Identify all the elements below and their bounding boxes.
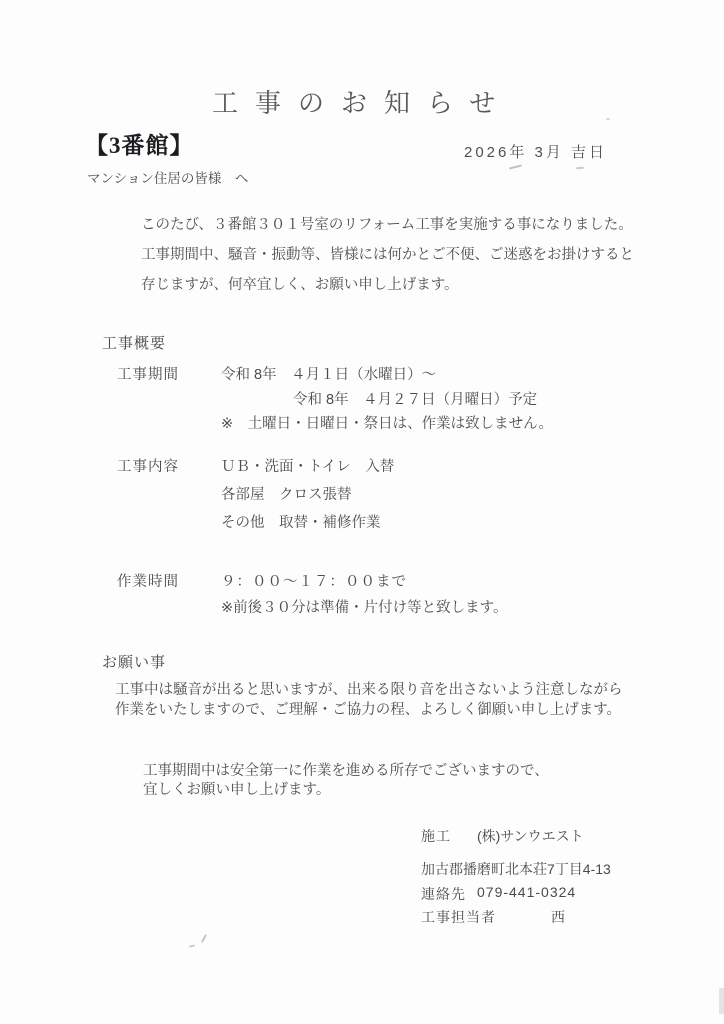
scan-speck <box>606 118 610 120</box>
greeting-paragraph: このたび、３番館３０１号室のリフォーム工事を実施する事になりました。 工事期間中… <box>141 210 634 300</box>
contractor-address: 加古郡播磨町北本荘7丁目4-13 <box>421 859 611 879</box>
period-end-date: 令和 8年 ４月２７日（月曜日）予定 <box>293 388 537 409</box>
greeting-line-1: このたび、３番館３０１号室のリフォーム工事を実施する事になりました。 <box>141 210 634 240</box>
page-title: 工事のお知らせ <box>212 83 512 120</box>
noise-request-paragraph: 工事中は騒音が出ると思いますが、出来る限り音を出さないよう注意しながら 作業をい… <box>115 681 623 720</box>
period-note: ※ 土曜日・日曜日・祭日は、作業は致しません。 <box>221 412 553 433</box>
hours-value: ９：００～１７：００まで <box>221 570 407 591</box>
overview-heading: 工事概要 <box>102 332 166 353</box>
scan-edge-shadow <box>719 988 724 1014</box>
addressee-line: マンション住居の皆様 へ <box>87 167 248 187</box>
period-label: 工事期間 <box>117 363 179 384</box>
greeting-line-3: 存じますが、何卒宜しく、お願い申し上げます。 <box>141 270 634 300</box>
content-label: 工事内容 <box>117 455 179 476</box>
scanned-notice-page: 工事のお知らせ 【3番館】 2026年 3月 吉日 マンション住居の皆様 へ こ… <box>0 0 724 1024</box>
building-label: 【3番館】 <box>85 127 194 160</box>
contractor-name: (株)サンウエスト <box>477 826 584 846</box>
scan-mark <box>201 934 207 943</box>
request-heading: お願い事 <box>102 651 166 672</box>
noise-request-line-1: 工事中は騒音が出ると思いますが、出来る限り音を出さないよう注意しながら <box>115 681 623 701</box>
noise-request-line-2: 作業をいたしますので、ご理解・ご協力の程、よろしく御願い申し上げます。 <box>115 701 623 721</box>
manager-name: 西 <box>551 907 565 927</box>
hours-note: ※前後３０分は準備・片付け等と致します。 <box>221 596 508 617</box>
safety-closing-line-1: 工事期間中は安全第一に作業を進める所存でございますので、 <box>143 762 549 781</box>
content-item-3: その他 取替・補修作業 <box>221 511 381 532</box>
scan-mark <box>189 944 195 947</box>
contact-phone: 079-441-0324 <box>477 884 576 900</box>
manager-label: 工事担当者 <box>421 907 496 927</box>
period-start-date: 令和 8年 ４月１日（水曜日）～ <box>221 363 436 384</box>
safety-closing-paragraph: 工事期間中は安全第一に作業を進める所存でございますので、 宜しくお願い申し上げま… <box>143 762 549 799</box>
content-item-2: 各部屋 クロス張替 <box>221 483 352 504</box>
scan-smudge <box>509 164 522 169</box>
hours-label: 作業時間 <box>117 570 179 591</box>
contractor-label: 施工 <box>421 826 451 846</box>
contact-label: 連絡先 <box>421 884 466 904</box>
safety-closing-line-2: 宜しくお願い申し上げます。 <box>143 781 549 800</box>
issue-date: 2026年 3月 吉日 <box>464 141 607 162</box>
greeting-line-2: 工事期間中、騒音・振動等、皆様には何かとご不便、ご迷惑をお掛けすると <box>141 240 634 270</box>
scan-smudge <box>576 167 584 170</box>
content-item-1: ＵＢ・洗面・トイレ 入替 <box>221 455 394 476</box>
